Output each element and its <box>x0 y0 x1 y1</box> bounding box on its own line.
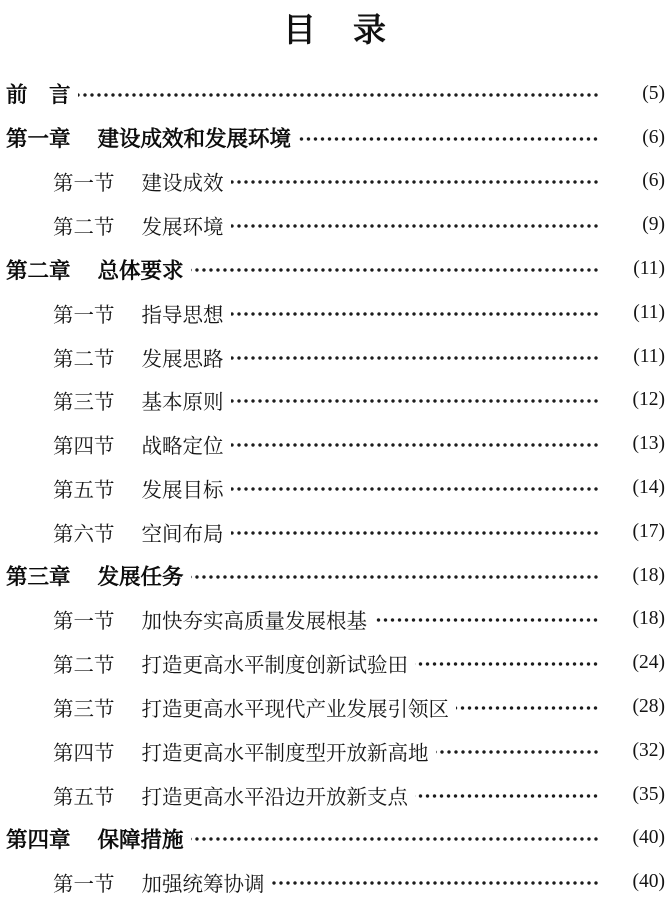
toc-entry: 第三节 打造更高水平现代产业发展引领区 (28) <box>6 685 665 729</box>
toc-entry-page: (24) <box>609 652 665 674</box>
toc-entry-label: 第一章 <box>6 122 71 153</box>
toc-entry-title: 保障措施 <box>98 823 184 854</box>
toc-entry: 第二节 发展思路 (11) <box>6 335 665 379</box>
toc-entry-title: 打造更高水平沿边开放新支点 <box>142 780 409 810</box>
toc-entry-page: (40) <box>609 827 665 849</box>
toc-entry-title: 建设成效 <box>142 166 224 196</box>
toc-entry: 第三节 基本原则 (12) <box>6 379 665 423</box>
toc-entry-label: 第二章 <box>6 254 71 285</box>
toc-entry-page: (5) <box>609 83 665 105</box>
toc-entry-page: (18) <box>609 608 665 630</box>
toc-entry-title: 打造更高水平制度型开放新高地 <box>142 736 429 766</box>
dot-leader <box>231 396 600 406</box>
toc-entry-page: (17) <box>609 521 665 543</box>
dot-leader <box>374 615 599 625</box>
toc-entry-page: (14) <box>609 477 665 499</box>
toc-entry-label: 第五节 <box>53 780 115 810</box>
toc-entry-page: (13) <box>609 433 665 455</box>
toc-entry-title: 空间布局 <box>142 517 224 547</box>
toc-entry-title: 战略定位 <box>142 429 224 459</box>
toc-entry-label: 第三章 <box>6 560 71 591</box>
dot-leader <box>231 440 600 450</box>
toc-entry-label: 第一节 <box>53 604 115 634</box>
toc-entry: 第二节 发展环境 (9) <box>6 203 665 247</box>
toc-entry: 第四章 保障措施 (40) <box>6 817 665 861</box>
toc-entry-page: (28) <box>609 696 665 718</box>
dot-leader <box>231 353 600 363</box>
toc-entry: 第二节 打造更高水平制度创新试验田 (24) <box>6 641 665 685</box>
toc-entry-title: 总体要求 <box>98 254 184 285</box>
toc-entry: 前 言 (5) <box>6 72 665 116</box>
toc-entry-page: (32) <box>609 740 665 762</box>
toc-entry: 第一节 建设成效 (6) <box>6 160 665 204</box>
dot-leader <box>231 309 600 319</box>
page-title: 目 录 <box>6 10 665 50</box>
toc-entry: 第五节 打造更高水平沿边开放新支点 (35) <box>6 773 665 817</box>
toc-entry: 第一节 加快夯实高质量发展根基 (18) <box>6 598 665 642</box>
dot-leader <box>231 221 600 231</box>
toc-entry-page: (18) <box>609 565 665 587</box>
toc-entry: 第一节 加强统筹协调 (40) <box>6 860 665 900</box>
toc-entry: 第一章 建设成效和发展环境 (6) <box>6 116 665 160</box>
toc-entry-label: 第二节 <box>53 648 115 678</box>
toc-entry-title: 发展环境 <box>142 210 224 240</box>
toc-entry-title: 加快夯实高质量发展根基 <box>142 604 368 634</box>
toc-entry-title: 加强统筹协调 <box>142 867 265 897</box>
dot-leader <box>436 747 600 757</box>
toc-page: 目 录 前 言 (5) 第一章 建设成效和发展环境 (6) 第一节 建设成效 (… <box>0 0 672 900</box>
toc-entry-label: 第一节 <box>53 867 115 897</box>
dot-leader <box>415 791 599 801</box>
toc-entry-title: 建设成效和发展环境 <box>98 122 292 153</box>
toc-entry-label: 第五节 <box>53 473 115 503</box>
toc-entry-label: 第四章 <box>6 823 71 854</box>
dot-leader <box>272 878 600 888</box>
toc-entry-page: (9) <box>609 214 665 236</box>
toc-entry-page: (35) <box>609 784 665 806</box>
dot-leader <box>78 90 599 100</box>
toc-entry-label: 第二节 <box>53 210 115 240</box>
toc-entry-page: (6) <box>609 127 665 149</box>
dot-leader <box>298 134 599 144</box>
toc-entry-title: 发展思路 <box>142 342 224 372</box>
toc-entry-label: 第四节 <box>53 736 115 766</box>
dot-leader <box>191 834 599 844</box>
toc-entry: 第三章 发展任务 (18) <box>6 554 665 598</box>
dot-leader <box>456 703 599 713</box>
toc-entry-page: (11) <box>609 258 665 280</box>
toc-entry-page: (11) <box>609 302 665 324</box>
toc-entry-title: 发展目标 <box>142 473 224 503</box>
dot-leader <box>231 528 600 538</box>
toc-entry-title: 发展任务 <box>98 560 184 591</box>
toc-list: 前 言 (5) 第一章 建设成效和发展环境 (6) 第一节 建设成效 (6) 第… <box>6 72 665 900</box>
toc-entry: 第五节 发展目标 (14) <box>6 466 665 510</box>
toc-entry-label: 第一节 <box>53 166 115 196</box>
toc-entry-page: (6) <box>609 170 665 192</box>
toc-entry-label: 第六节 <box>53 517 115 547</box>
dot-leader <box>231 484 600 494</box>
toc-entry-label: 第一节 <box>53 298 115 328</box>
toc-entry: 第二章 总体要求 (11) <box>6 247 665 291</box>
toc-entry-label: 第四节 <box>53 429 115 459</box>
toc-entry: 第六节 空间布局 (17) <box>6 510 665 554</box>
toc-entry-label: 第三节 <box>53 692 115 722</box>
toc-entry: 第四节 打造更高水平制度型开放新高地 (32) <box>6 729 665 773</box>
dot-leader <box>191 265 599 275</box>
toc-entry-title: 指导思想 <box>142 298 224 328</box>
toc-entry-title: 基本原则 <box>142 385 224 415</box>
toc-entry-label: 第二节 <box>53 342 115 372</box>
toc-entry-page: (12) <box>609 389 665 411</box>
dot-leader <box>415 659 599 669</box>
toc-entry-page: (11) <box>609 346 665 368</box>
dot-leader <box>191 572 599 582</box>
toc-entry-title: 打造更高水平制度创新试验田 <box>142 648 409 678</box>
toc-entry-label: 前 言 <box>6 78 71 109</box>
toc-entry-page: (40) <box>609 871 665 893</box>
toc-entry: 第四节 战略定位 (13) <box>6 422 665 466</box>
dot-leader <box>231 177 600 187</box>
toc-entry: 第一节 指导思想 (11) <box>6 291 665 335</box>
toc-entry-title: 打造更高水平现代产业发展引领区 <box>142 692 450 722</box>
toc-entry-label: 第三节 <box>53 385 115 415</box>
